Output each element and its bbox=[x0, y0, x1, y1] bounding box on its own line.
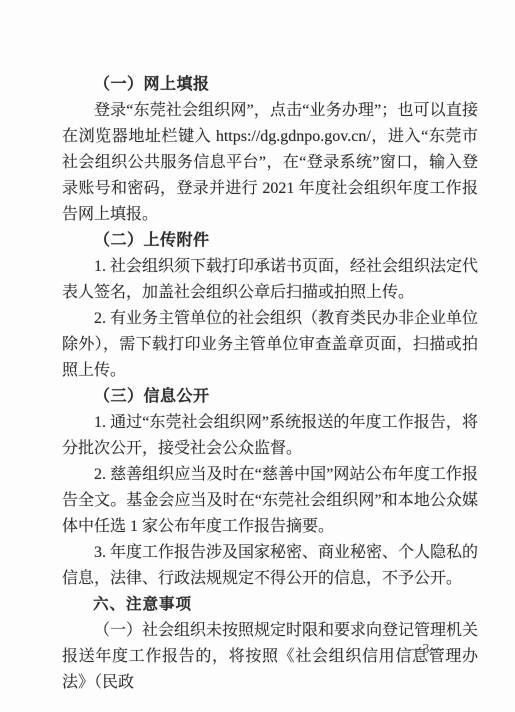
section-heading-information-disclosure: （三）信息公开 bbox=[62, 384, 478, 410]
document-body: （一）网上填报 登录“东莞社会组织网”，点击“业务办理”；也可以直接在浏览器地址… bbox=[62, 72, 478, 696]
document-page: （一）网上填报 登录“东莞社会组织网”，点击“业务办理”；也可以直接在浏览器地址… bbox=[0, 0, 515, 712]
paragraph-public-disclosure: 1. 通过“东莞社会组织网”系统报送的年度工作报告，将分批次公开，接受社会公众监… bbox=[62, 410, 478, 462]
paragraph-credit-management: （一）社会组织未按照规定时限和要求向登记管理机关报送年度工作报告的，将按照《社会… bbox=[62, 618, 478, 696]
section-heading-upload-attachments: （二）上传附件 bbox=[62, 228, 478, 254]
paragraph-secrets-exclusion: 3. 年度工作报告涉及国家秘密、商业秘密、个人隐私的信息，法律、行政法规规定不得… bbox=[62, 540, 478, 592]
section-heading-notes: 六、注意事项 bbox=[62, 592, 478, 618]
page-number: —3— bbox=[408, 641, 445, 657]
paragraph-commitment-letter: 1. 社会组织须下载打印承诺书页面，经社会组织法定代表人签名，加盖社会组织公章后… bbox=[62, 254, 478, 306]
paragraph-charity-organizations: 2. 慈善组织应当及时在“慈善中国”网站公布年度工作报告全文。基金会应当及时在“… bbox=[62, 462, 478, 540]
paragraph-supervisory-unit: 2. 有业务主管单位的社会组织（教育类民办非企业单位除外），需下载打印业务主管单… bbox=[62, 306, 478, 384]
paragraph-login-instructions: 登录“东莞社会组织网”，点击“业务办理”；也可以直接在浏览器地址栏键入 http… bbox=[62, 98, 478, 228]
section-heading-online-filing: （一）网上填报 bbox=[62, 72, 478, 98]
